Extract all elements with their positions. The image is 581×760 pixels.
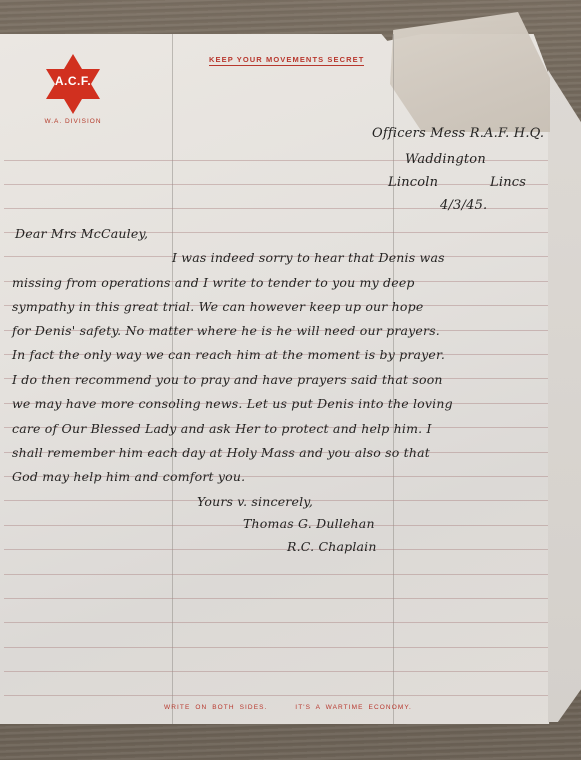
address-county: Lincs — [490, 175, 526, 190]
division-label: W.A. DIVISION — [43, 118, 103, 125]
bottom-motto-part-2: IT'S A WARTIME ECONOMY. — [295, 704, 412, 711]
address-line-2: Waddington — [405, 152, 486, 167]
folded-corner — [390, 12, 550, 132]
body-line: shall remember him each day at Holy Mass… — [12, 445, 430, 460]
letter-paper-right-edge — [548, 70, 581, 722]
address-line-1: Officers Mess R.A.F. H.Q. — [372, 126, 544, 141]
body-line: God may help him and comfort you. — [12, 469, 245, 484]
body-line: sympathy in this great trial. We can how… — [12, 299, 423, 314]
bottom-motto: WRITE ON BOTH SIDES. IT'S A WARTIME ECON… — [164, 704, 412, 711]
body-line: I do then recommend you to pray and have… — [12, 372, 443, 387]
body-line: care of Our Blessed Lady and ask Her to … — [12, 421, 432, 436]
valediction: Yours v. sincerely, — [197, 494, 313, 509]
acf-star-logo: A.C.F. — [44, 54, 102, 114]
signatory-title: R.C. Chaplain — [287, 539, 377, 554]
top-motto: KEEP YOUR MOVEMENTS SECRET — [209, 55, 364, 66]
letter-date: 4/3/45. — [440, 198, 487, 213]
bottom-motto-part-1: WRITE ON BOTH SIDES. — [164, 704, 267, 711]
address-city: Lincoln — [388, 175, 438, 190]
salutation: Dear Mrs McCauley, — [15, 226, 148, 241]
signature: Thomas G. Dullehan — [243, 516, 375, 531]
body-line: we may have more consoling news. Let us … — [12, 396, 453, 411]
body-line: missing from operations and I write to t… — [12, 275, 415, 290]
body-line: In fact the only way we can reach him at… — [12, 347, 445, 362]
body-line: for Denis' safety. No matter where he is… — [12, 323, 440, 338]
body-line: I was indeed sorry to hear that Denis wa… — [172, 250, 445, 265]
logo-text: A.C.F. — [44, 74, 102, 88]
